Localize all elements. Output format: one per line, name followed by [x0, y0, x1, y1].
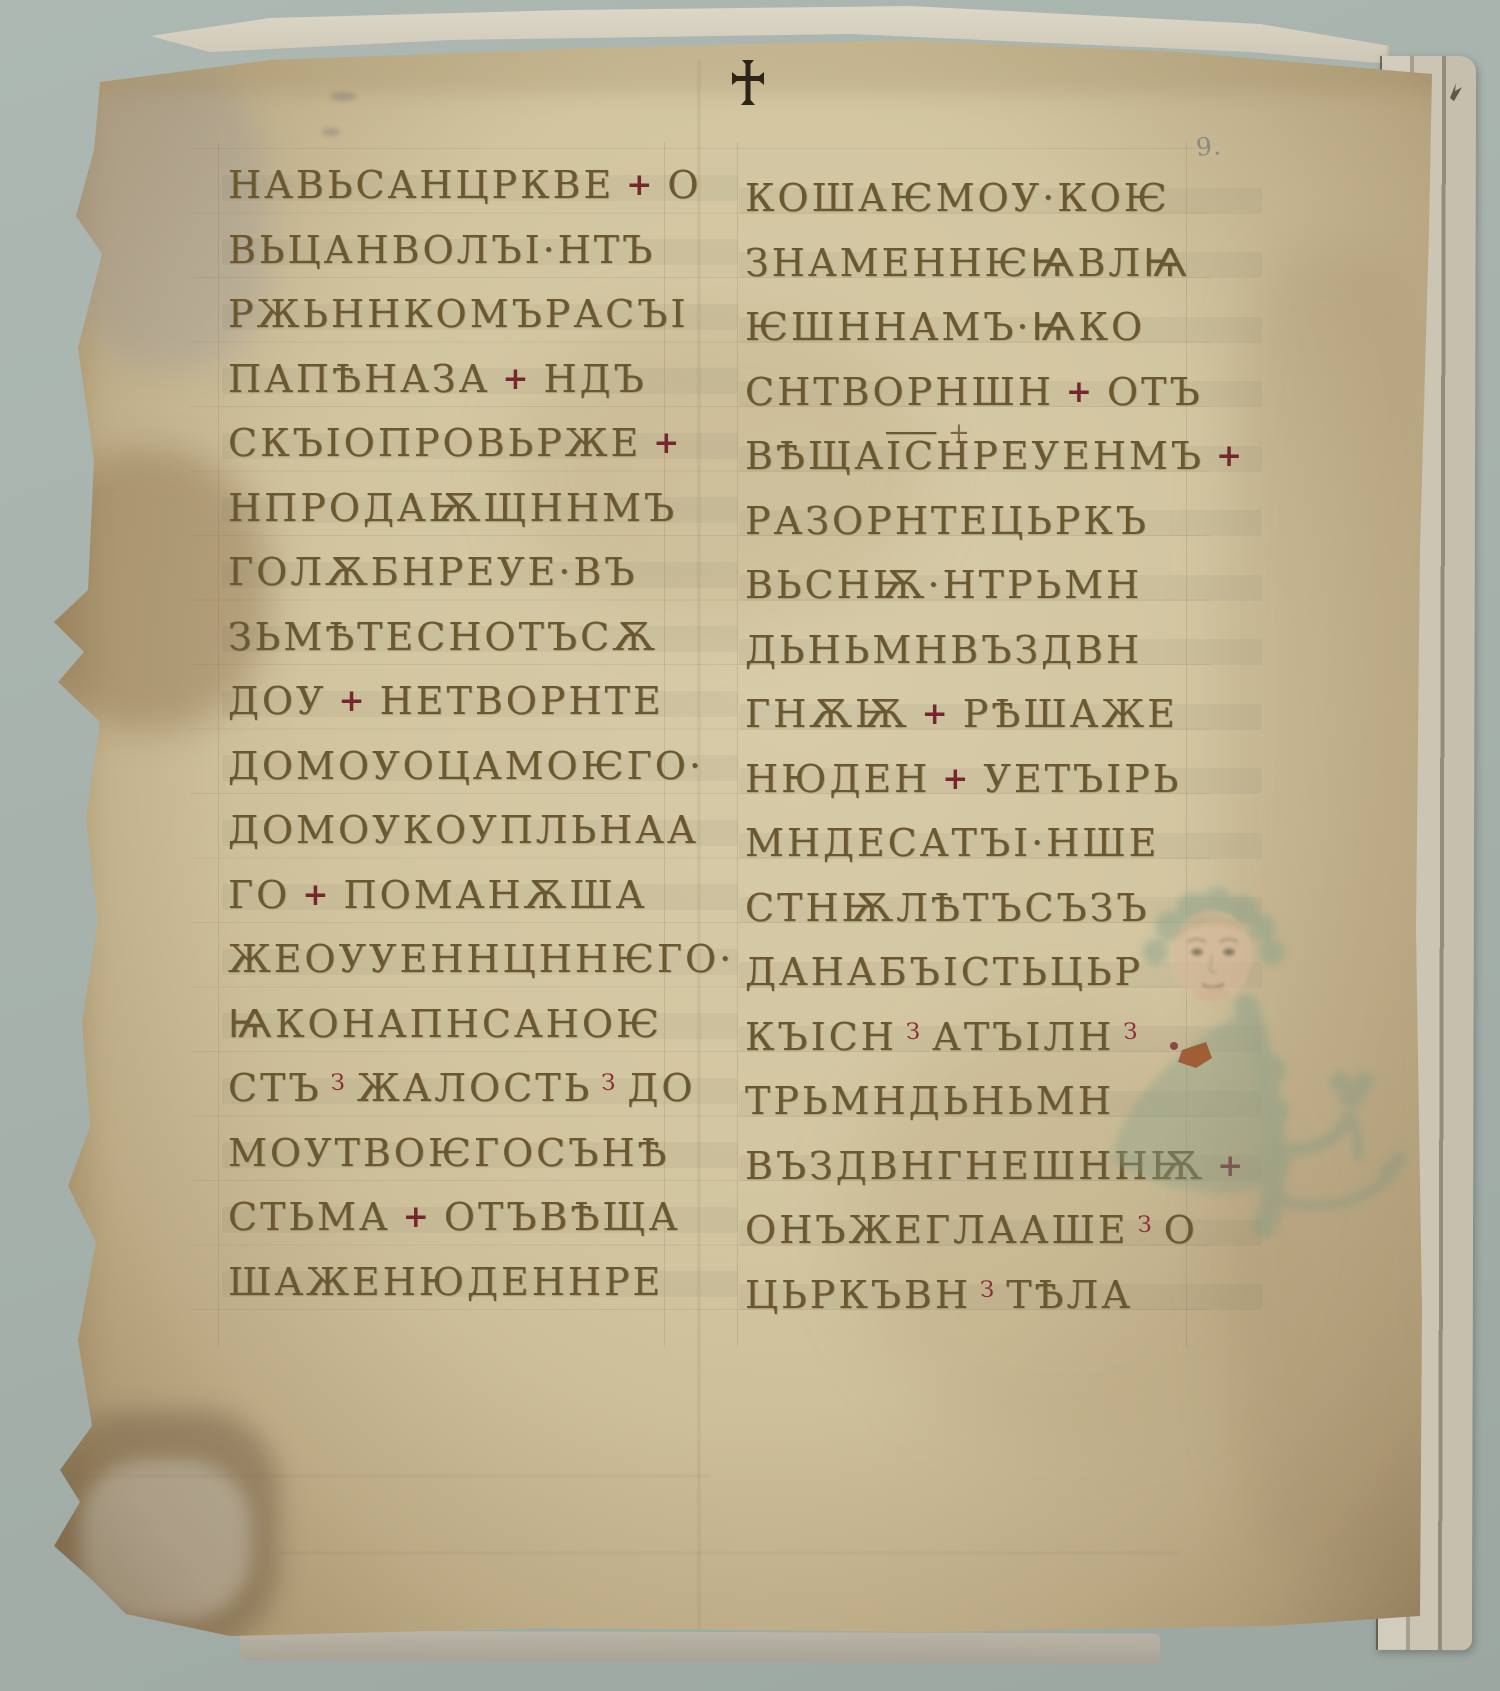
stain-left-edge	[10, 60, 105, 1630]
text-run: ѤШННАМЪ·ѨКО	[745, 305, 1145, 349]
text-run: НРЕУЕНМЪ	[936, 434, 1204, 478]
manuscript-line: СТЪЗЖАЛОСТЬЗДО	[228, 1056, 734, 1121]
text-run: ВЬЦАНВОЛЪІ·НТЪ	[228, 228, 655, 272]
manuscript-line: ѨКОНАПНСАНОѤ	[228, 992, 734, 1057]
rubric-mark: З	[331, 1070, 348, 1096]
text-run: НДЪ	[543, 357, 646, 401]
rubric-cross: +	[922, 696, 951, 732]
column-guide-left-a	[218, 142, 219, 1347]
text-run: КЪІСН	[745, 1015, 897, 1059]
codex-underleaf-bottom	[240, 1630, 1160, 1663]
text-run: НАВЬСАНЦРКВЕ	[228, 163, 614, 207]
manuscript-line: СНТВОРНШН+ОТЪ	[745, 360, 1258, 425]
rubric-cross: +	[1216, 438, 1245, 474]
manuscript-line: РАЗОРНТЕЦЬРКЪ	[745, 489, 1258, 554]
manuscript-line: РЖЬННКОМЪРАСЪІ	[228, 282, 734, 347]
rubric-cross: +	[942, 761, 971, 797]
folio-number: 9.	[1195, 131, 1223, 162]
manuscript-photo: 9. + НАВЬСАНЦРКВЕ+ОВЬЦАНВОЛЪІ·НТЪРЖЬННКО…	[0, 0, 1500, 1691]
text-run: ПАПѢНАЗА	[228, 357, 490, 401]
text-run: СТЪ	[228, 1066, 322, 1110]
text-run: СКЪІОПРОВЬРЖЕ	[228, 421, 641, 465]
text-run: НЮДЕН	[745, 757, 930, 801]
rubric-mark: З	[601, 1070, 618, 1096]
rubric-cross: +	[502, 361, 531, 397]
text-run: КОШАѤМОУ·КОѤ	[745, 176, 1170, 220]
text-run: НПРОДАѬЩННМЪ	[228, 486, 677, 530]
manuscript-line: ГНѪѬ+РѢШАЖЕ	[745, 682, 1258, 747]
text-run: РЖЬННКОМЪРАСЪІ	[228, 292, 688, 336]
text-run: СТЬМА	[228, 1195, 391, 1239]
text-run: ДОМОУКОУПЛЬНАА	[228, 808, 699, 852]
rubric-cross: +	[626, 167, 655, 203]
marginal-initial-figure	[1050, 860, 1410, 1244]
text-run: ДОУ	[228, 679, 327, 723]
horizontal-crease-a	[90, 1475, 710, 1477]
text-run: ЗНАМЕННѤѨВЛѨ	[745, 241, 1190, 285]
text-run: МНДЕСАТЪІ·НШЕ	[745, 821, 1159, 865]
rubric-cross: +	[403, 1199, 432, 1235]
stain-bottom-left-pale	[80, 1460, 250, 1620]
text-run: ГОЛѪБНРЕУЕ·ВЪ	[228, 550, 637, 594]
text-run: ДЬНЬМНВЪЗДВН	[745, 628, 1142, 672]
stain-bottom-left	[50, 1410, 280, 1650]
manuscript-line: СТЬМА+ОТЪВѢЩА	[228, 1185, 734, 1250]
text-run: ГО	[228, 873, 290, 917]
text-run: ЦЬРКЪВН	[745, 1273, 971, 1317]
text-column-left: НАВЬСАНЦРКВЕ+ОВЬЦАНВОЛЪІ·НТЪРЖЬННКОМЪРАС…	[228, 153, 734, 1314]
text-run: ЗЬМѢТЕСНОТЪСѪ	[228, 615, 658, 659]
text-run: РАЗОРНТЕЦЬРКЪ	[745, 499, 1149, 543]
manuscript-line: ШАЖЕНЮДЕННРЕ	[228, 1250, 734, 1315]
text-run: ДО	[627, 1066, 695, 1110]
text-run: ВЬСНѬ·НТРЬМН	[745, 563, 1142, 607]
manuscript-line: ВЬСНѬ·НТРЬМН	[745, 553, 1258, 618]
text-run: ДОМОУОЦАМОѤГО·	[228, 744, 704, 788]
pencil-smudge-b	[322, 128, 340, 136]
text-run: ГНѪѬ	[745, 692, 910, 736]
text-run: ВѢЩА	[745, 434, 886, 478]
manuscript-line: ДЬНЬМНВЪЗДВН	[745, 618, 1258, 683]
text-run: НЕТВОРНТЕ	[380, 679, 664, 723]
manuscript-line: ДОМОУОЦАМОѤГО·	[228, 734, 734, 799]
manuscript-line: ѤШННАМЪ·ѨКО	[745, 295, 1258, 360]
text-run: РѢШАЖЕ	[963, 692, 1178, 736]
headpiece-cross-icon	[730, 58, 766, 106]
text-run: СНТВОРНШН	[745, 370, 1054, 414]
manuscript-line: ДОУ+НЕТВОРНТЕ	[228, 669, 734, 734]
green-interlace-body	[1110, 887, 1406, 1226]
nomen-sacrum: ІС	[886, 434, 936, 478]
manuscript-line: ЗЬМѢТЕСНОТЪСѪ	[228, 605, 734, 670]
manuscript-line: КОШАѤМОУ·КОѤ	[745, 166, 1258, 231]
manuscript-line: ВЬЦАНВОЛЪІ·НТЪ	[228, 218, 734, 283]
text-run: ТѢЛА	[1006, 1273, 1133, 1317]
manuscript-line: ГОЛѪБНРЕУЕ·ВЪ	[228, 540, 734, 605]
text-run: ЖЕОУУЕННЦННѤГО·	[228, 937, 734, 981]
parchment-leaf: 9. + НАВЬСАНЦРКВЕ+ОВЬЦАНВОЛЪІ·НТЪРЖЬННКО…	[30, 30, 1448, 1662]
manuscript-line: ВѢЩАІСНРЕУЕНМЪ+	[745, 424, 1258, 489]
rubric-cross: +	[302, 877, 331, 913]
ink-blot-icon	[1446, 80, 1466, 104]
text-run: МОУТВОѤГОСЪНѢ	[228, 1131, 670, 1175]
pencil-smudge-a	[330, 92, 356, 101]
text-run: ПОМАНѪША	[343, 873, 647, 917]
manuscript-line: ЦЬРКЪВНЗТѢЛА	[745, 1263, 1258, 1328]
manuscript-line: НЮДЕН+УЕТЪІРЬ	[745, 747, 1258, 812]
text-run: ШАЖЕНЮДЕННРЕ	[228, 1260, 663, 1304]
manuscript-line: ДОМОУКОУПЛЬНАА	[228, 798, 734, 863]
manuscript-line: ГО+ПОМАНѪША	[228, 863, 734, 928]
rubric-cross: +	[653, 425, 682, 461]
figure-face	[1172, 910, 1252, 1002]
horizontal-crease-b	[280, 1552, 1180, 1554]
rubric-cross: +	[339, 683, 368, 719]
text-run: ѨКОНАПНСАНОѤ	[228, 1002, 662, 1046]
manuscript-line: ЖЕОУУЕННЦННѤГО·	[228, 927, 734, 992]
text-run: УЕТЪІРЬ	[983, 757, 1181, 801]
rubric-cross: +	[1066, 374, 1095, 410]
text-run: ЖАЛОСТЬ	[357, 1066, 592, 1110]
manuscript-line: ПАПѢНАЗА+НДЪ	[228, 347, 734, 412]
manuscript-line: НПРОДАѬЩННМЪ	[228, 476, 734, 541]
text-run: ОТЪВѢЩА	[444, 1195, 681, 1239]
text-run: ОТЪ	[1107, 370, 1203, 414]
text-run: О	[667, 163, 701, 207]
rubric-mark: З	[980, 1277, 997, 1303]
manuscript-line: СКЪІОПРОВЬРЖЕ+	[228, 411, 734, 476]
rubric-mark: З	[906, 1019, 923, 1045]
manuscript-line: МОУТВОѤГОСЪНѢ	[228, 1121, 734, 1186]
manuscript-line: ЗНАМЕННѤѨВЛѨ	[745, 231, 1258, 296]
manuscript-line: НАВЬСАНЦРКВЕ+О	[228, 153, 734, 218]
